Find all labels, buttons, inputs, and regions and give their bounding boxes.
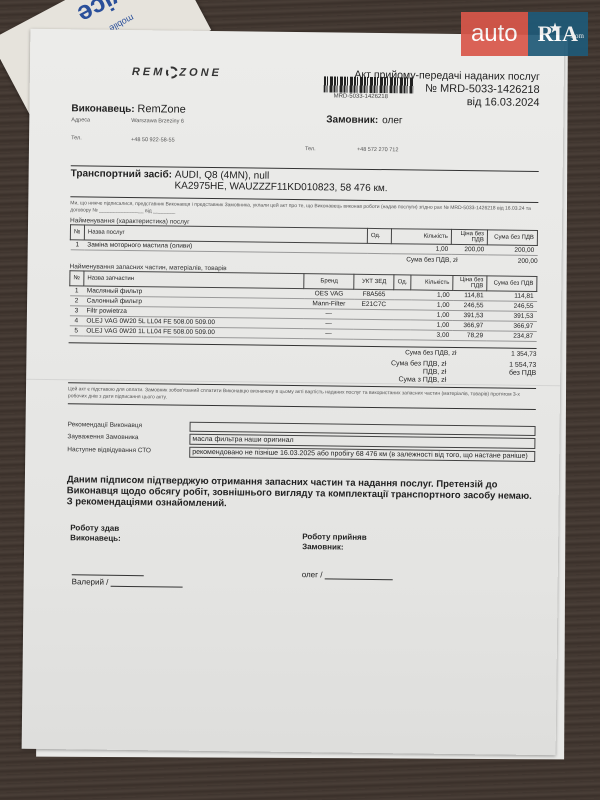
- row-unit: [367, 243, 391, 253]
- recommendation-label: Наступне відвідування СТО: [67, 445, 189, 457]
- col-qty: Кількість: [411, 275, 453, 291]
- parties-block: Виконавець: RemZone Адреса Warszawa Brze…: [71, 99, 540, 171]
- recommendation-label: Зауваження Замовника: [67, 432, 189, 444]
- col-sum: Сума без ПДВ: [487, 230, 537, 246]
- watermark-ria: ★ RIA .com: [528, 12, 588, 56]
- signatures-block: Роботу здав Виконавець: Валерий / Роботу…: [65, 523, 534, 619]
- row-unit: [394, 290, 411, 300]
- executor-name: RemZone: [137, 103, 185, 116]
- executor-phone: +48 50 922-58-55: [131, 137, 175, 144]
- row-code: [354, 309, 394, 319]
- row-unit: [394, 310, 411, 320]
- customer-label: Замовник:: [326, 114, 378, 126]
- col-price: Ціна без ПДВ: [451, 229, 487, 244]
- row-code: F8A565: [354, 289, 394, 299]
- row-qty: 1,00: [391, 244, 451, 255]
- star-icon: ★: [550, 8, 561, 48]
- row-price: 246,55: [453, 300, 487, 310]
- customer-signer: олег /: [302, 570, 393, 580]
- act-document: REMZONE MRD-5033-1426218 Акт прийому-пер…: [22, 29, 565, 755]
- row-code: [354, 319, 394, 329]
- executor-address: Warszawa Brzeziny 6: [131, 118, 184, 125]
- row-name: OLEJ VAG 0W20 1L LL04 FE 508.00 509.00: [83, 326, 303, 339]
- row-sum: 391,53: [486, 311, 536, 322]
- watermark-auto: auto: [461, 12, 528, 56]
- customer-name: олег: [382, 115, 403, 126]
- row-qty: 1,00: [410, 320, 452, 331]
- row-qty: 3,00: [410, 330, 452, 341]
- row-price: 114,81: [453, 290, 487, 300]
- recommendations-block: Рекомендації ВиконавцяЗауваження Замовни…: [67, 420, 535, 462]
- parts-table: № Назва запчастин Бренд УКТ ЗЕД Од. Кіль…: [69, 270, 538, 342]
- row-sum: 366,97: [486, 321, 536, 332]
- row-no: 3: [69, 306, 83, 316]
- col-code: УКТ ЗЕД: [354, 274, 394, 289]
- customer-phone: +48 572 270 712: [357, 147, 399, 154]
- row-price: 366,97: [452, 320, 486, 330]
- customer-signature-line: [325, 571, 393, 580]
- col-sum: Сума без ПДВ: [487, 276, 537, 292]
- row-no: 1: [70, 286, 84, 296]
- remzone-logo: REMZONE: [132, 66, 222, 79]
- row-sum: 246,55: [487, 301, 537, 312]
- col-price: Ціна без ПДВ: [453, 275, 487, 290]
- row-sum: 234,87: [486, 331, 536, 342]
- col-no: №: [70, 271, 84, 286]
- row-code: E21C7C: [354, 299, 394, 309]
- row-qty: 1,00: [411, 290, 453, 301]
- row-qty: 1,00: [411, 300, 453, 311]
- customer-phone-label: Тел.: [305, 146, 316, 152]
- row-brand: Mann-Filter: [304, 299, 354, 310]
- row-unit: [394, 300, 411, 310]
- row-no: 1: [70, 240, 84, 250]
- executor-label: Виконавець:: [71, 103, 134, 115]
- row-brand: —: [304, 319, 354, 330]
- executor-signer: Валерий /: [72, 577, 183, 587]
- row-price: 200,00: [451, 244, 487, 254]
- row-brand: OES VAG: [304, 289, 354, 300]
- row-price: 78,29: [452, 330, 486, 340]
- payment-note: Цей акт є підставою для оплати. Замовник…: [68, 382, 536, 410]
- row-sum: 200,00: [487, 245, 537, 256]
- act-title: Акт прийому-передачі наданих послуг: [354, 69, 540, 84]
- vehicle-label: Транспортний засіб:: [71, 168, 173, 180]
- customer-signature-label: Роботу прийняв Замовник:: [302, 532, 367, 553]
- row-sum: 114,81: [487, 291, 537, 302]
- executor-name-line: [111, 579, 183, 588]
- col-unit: Од.: [394, 275, 411, 290]
- row-brand: —: [304, 309, 354, 320]
- row-price: 391,53: [452, 310, 486, 320]
- row-unit: [394, 320, 411, 330]
- row-unit: [393, 330, 410, 340]
- col-unit: Од.: [367, 228, 391, 243]
- executor-phone-label: Тел.: [71, 135, 82, 141]
- row-brand: —: [303, 329, 353, 340]
- col-qty: Кількість: [391, 229, 451, 245]
- row-no: 5: [69, 326, 83, 336]
- row-code: [353, 329, 393, 339]
- address-label: Адреса: [71, 117, 90, 123]
- recommendation-value: рекомендовано не пізніше 16.03.2025 або …: [189, 447, 535, 462]
- gear-icon: [166, 67, 178, 79]
- autoria-watermark: auto ★ RIA .com: [461, 12, 588, 56]
- col-brand: Бренд: [304, 274, 354, 290]
- customer-block: Замовник:олег: [326, 114, 402, 126]
- confirmation-text: Даним підписом підтверджую отримання зап…: [67, 474, 535, 513]
- row-no: 4: [69, 316, 83, 326]
- executor-signature-line: [72, 567, 144, 576]
- row-no: 2: [70, 296, 84, 306]
- executor-signature-label: Роботу здав Виконавець:: [70, 523, 121, 544]
- col-no: №: [70, 225, 84, 240]
- row-qty: 1,00: [410, 310, 452, 321]
- recommendation-label: Рекомендації Виконавця: [68, 420, 190, 431]
